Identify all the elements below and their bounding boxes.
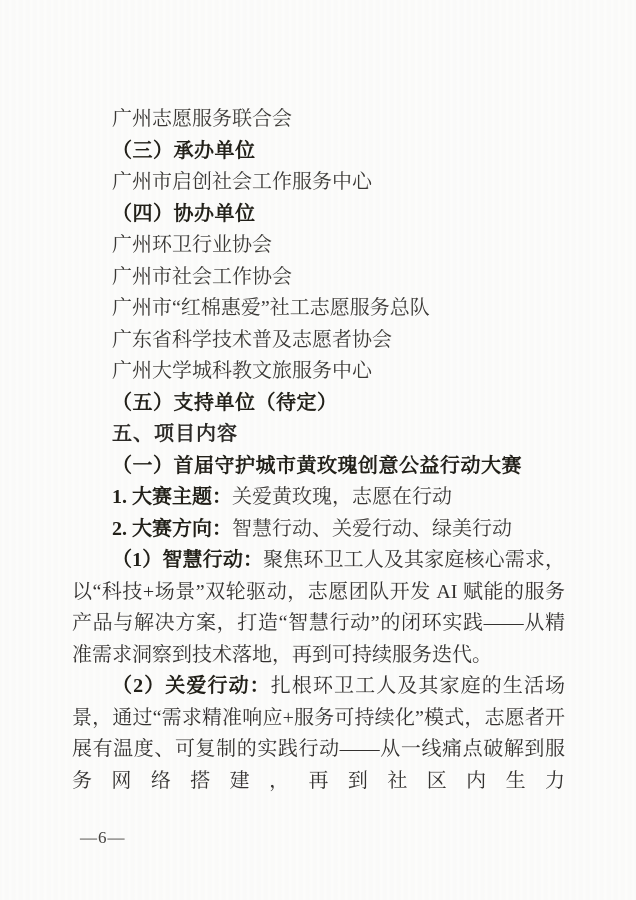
- sub-heading: （三）承办单位: [72, 136, 565, 168]
- paragraph: （2）关爱行动：扎根环卫工人及其家庭的生活场景，通过“需求精准响应+服务可持续化…: [72, 671, 565, 797]
- paragraph: 广州市社会工作协会: [72, 262, 565, 294]
- paragraph-text: 智慧行动、关爱行动、绿美行动: [232, 518, 512, 540]
- paragraph-lead: （2）关爱行动：: [112, 675, 271, 697]
- sub-heading: （五）支持单位（待定）: [72, 388, 565, 420]
- paragraph: 2. 大赛方向：智慧行动、关爱行动、绿美行动: [72, 514, 565, 546]
- document-body: 广州志愿服务联合会（三）承办单位广州市启创社会工作服务中心（四）协办单位广州环卫…: [72, 104, 565, 797]
- paragraph-lead: 2. 大赛方向：: [112, 518, 232, 540]
- section-heading: 五、项目内容: [72, 419, 565, 451]
- paragraph-lead: （1）智慧行动：: [112, 549, 263, 571]
- paragraph-text: 关爱黄玫瑰，志愿在行动: [232, 486, 452, 508]
- paragraph: 广州大学城科教文旅服务中心: [72, 356, 565, 388]
- paragraph: 广州志愿服务联合会: [72, 104, 565, 136]
- paragraph: （1）智慧行动：聚焦环卫工人及其家庭核心需求，以“科技+场景”双轮驱动，志愿团队…: [72, 545, 565, 671]
- sub-heading: （一）首届守护城市黄玫瑰创意公益行动大赛: [72, 451, 565, 483]
- paragraph: 广州环卫行业协会: [72, 230, 565, 262]
- paragraph: 广州市“红棉惠爱”社工志愿服务总队: [72, 293, 565, 325]
- paragraph: 广东省科学技术普及志愿者协会: [72, 325, 565, 357]
- paragraph-lead: 1. 大赛主题：: [112, 486, 232, 508]
- paragraph: 1. 大赛主题：关爱黄玫瑰，志愿在行动: [72, 482, 565, 514]
- paragraph: 广州市启创社会工作服务中心: [72, 167, 565, 199]
- page-number: —6—: [80, 828, 126, 848]
- document-page: 广州志愿服务联合会（三）承办单位广州市启创社会工作服务中心（四）协办单位广州环卫…: [0, 0, 636, 900]
- sub-heading: （四）协办单位: [72, 199, 565, 231]
